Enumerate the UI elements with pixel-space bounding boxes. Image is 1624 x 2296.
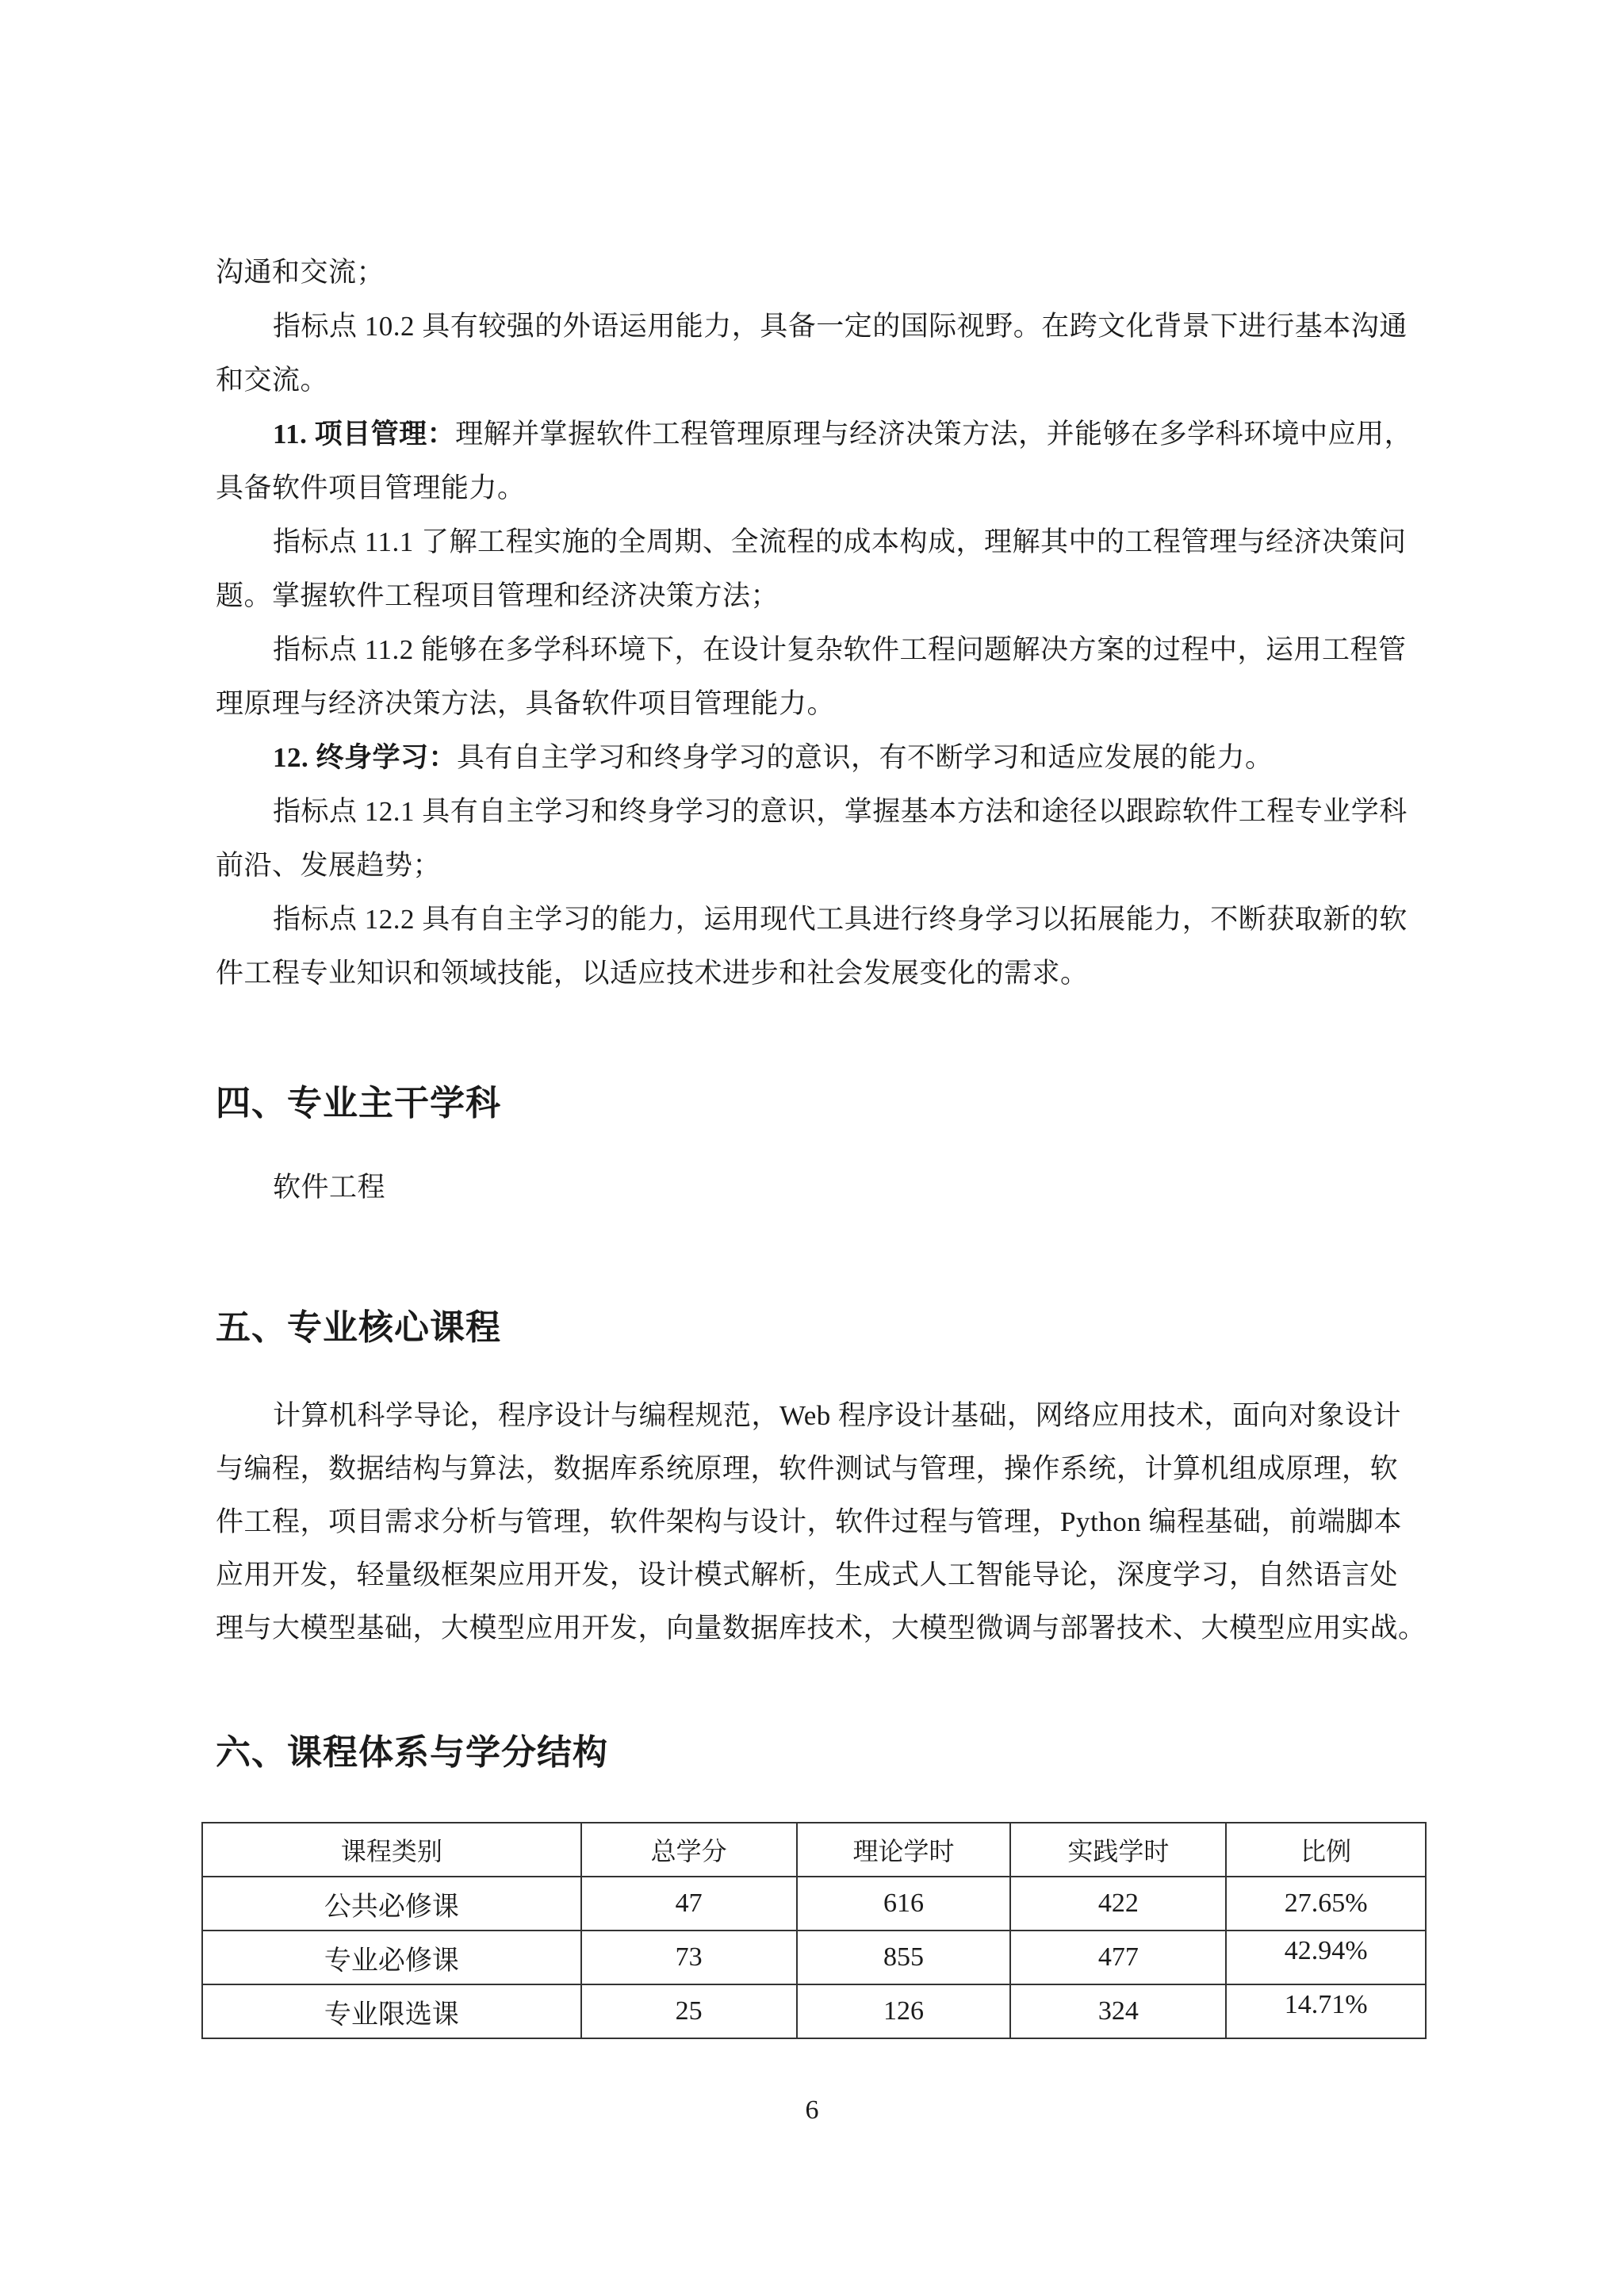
cell-theory-hours: 126 <box>797 1984 1011 2038</box>
credit-structure-table: 课程类别 总学分 理论学时 实践学时 比例 公共必修课 47 616 422 2… <box>201 1822 1427 2039</box>
table-header-row: 课程类别 总学分 理论学时 实践学时 比例 <box>202 1823 1426 1877</box>
cell-total-credits: 25 <box>581 1984 797 2038</box>
indicator-12-2-line2: 件工程专业知识和领域技能，以适应技术进步和社会发展变化的需求。 <box>216 958 1413 989</box>
ratio-value: 14.71% <box>1285 1990 1368 2019</box>
core-courses-line5: 理与大模型基础，大模型应用开发，向量数据库技术，大模型微调与部署技术、大模型应用… <box>216 1613 1413 1644</box>
indicator-10-2-line1: 指标点 10.2 具有较强的外语运用能力，具备一定的国际视野。在跨文化背景下进行… <box>216 311 1470 342</box>
header-ratio: 比例 <box>1226 1823 1426 1877</box>
header-theory-hours: 理论学时 <box>797 1823 1011 1877</box>
page-number: 6 <box>0 2095 1624 2126</box>
indicator-11-2-line1: 指标点 11.2 能够在多学科环境下，在设计复杂软件工程问题解决方案的过程中，运… <box>216 634 1470 666</box>
core-courses-line1: 计算机科学导论，程序设计与编程规范，Web 程序设计基础，网络应用技术，面向对象… <box>216 1400 1470 1432</box>
indicator-12-2-line1: 指标点 12.2 具有自主学习的能力，运用现代工具进行终身学习以拓展能力，不断获… <box>216 904 1470 936</box>
cell-category: 专业必修课 <box>202 1931 581 1984</box>
section-4-heading: 四、专业主干学科 <box>216 1084 501 1123</box>
indicator-11-1-line2: 题。掌握软件工程项目管理和经济决策方法； <box>216 580 1413 612</box>
requirement-11-line1: 11. 项目管理：理解并掌握软件工程管理原理与经济决策方法，并能够在多学科环境中… <box>216 419 1470 450</box>
cell-ratio: 27.65% <box>1226 1877 1426 1931</box>
indicator-11-2-line2: 理原理与经济决策方法，具备软件项目管理能力。 <box>216 688 1413 720</box>
requirement-11-text: 理解并掌握软件工程管理原理与经济决策方法，并能够在多学科环境中应用， <box>455 419 1412 450</box>
table-row: 专业必修课 73 855 477 42.94% <box>202 1931 1426 1984</box>
cell-total-credits: 73 <box>581 1931 797 1984</box>
cell-category: 专业限选课 <box>202 1984 581 2038</box>
indicator-10-2-line2: 和交流。 <box>216 365 1413 396</box>
header-total-credits: 总学分 <box>581 1823 797 1877</box>
cell-ratio: 42.94% <box>1226 1931 1426 1984</box>
core-courses-line4: 应用开发，轻量级框架应用开发，设计模式解析，生成式人工智能导论，深度学习，自然语… <box>216 1559 1413 1591</box>
table-row: 公共必修课 47 616 422 27.65% <box>202 1877 1426 1931</box>
cell-theory-hours: 855 <box>797 1931 1011 1984</box>
header-course-category: 课程类别 <box>202 1823 581 1877</box>
section-4-body: 软件工程 <box>216 1172 1470 1203</box>
core-courses-line3: 件工程，项目需求分析与管理，软件架构与设计，软件过程与管理，Python 编程基… <box>216 1506 1413 1538</box>
requirement-11-line2: 具备软件项目管理能力。 <box>216 473 1413 504</box>
indicator-12-1-line2: 前沿、发展趋势； <box>216 850 1413 882</box>
table-row: 专业限选课 25 126 324 14.71% <box>202 1984 1426 2038</box>
cell-category: 公共必修课 <box>202 1877 581 1931</box>
section-6-heading: 六、课程体系与学分结构 <box>216 1733 608 1773</box>
section-5-heading: 五、专业核心课程 <box>216 1308 501 1348</box>
requirement-11-title: 11. 项目管理： <box>273 419 455 450</box>
cell-total-credits: 47 <box>581 1877 797 1931</box>
cell-practice-hours: 477 <box>1010 1931 1226 1984</box>
core-courses-line2: 与编程，数据结构与算法，数据库系统原理，软件测试与管理，操作系统，计算机组成原理… <box>216 1453 1413 1485</box>
cell-theory-hours: 616 <box>797 1877 1011 1931</box>
header-practice-hours: 实践学时 <box>1010 1823 1226 1877</box>
ratio-value: 42.94% <box>1285 1936 1368 1965</box>
requirement-12-title: 12. 终身学习： <box>273 742 457 773</box>
indicator-11-1-line1: 指标点 11.1 了解工程实施的全周期、全流程的成本构成，理解其中的工程管理与经… <box>216 526 1470 558</box>
cell-practice-hours: 324 <box>1010 1984 1226 2038</box>
cell-practice-hours: 422 <box>1010 1877 1226 1931</box>
indicator-12-1-line1: 指标点 12.1 具有自主学习和终身学习的意识，掌握基本方法和途径以跟踪软件工程… <box>216 796 1470 828</box>
requirement-12-line1: 12. 终身学习：具有自主学习和终身学习的意识，有不断学习和适应发展的能力。 <box>216 742 1470 774</box>
requirement-12-text: 具有自主学习和终身学习的意识，有不断学习和适应发展的能力。 <box>457 742 1274 773</box>
cell-ratio: 14.71% <box>1226 1984 1426 2038</box>
paragraph-10-1-continuation: 沟通和交流； <box>216 257 1413 289</box>
